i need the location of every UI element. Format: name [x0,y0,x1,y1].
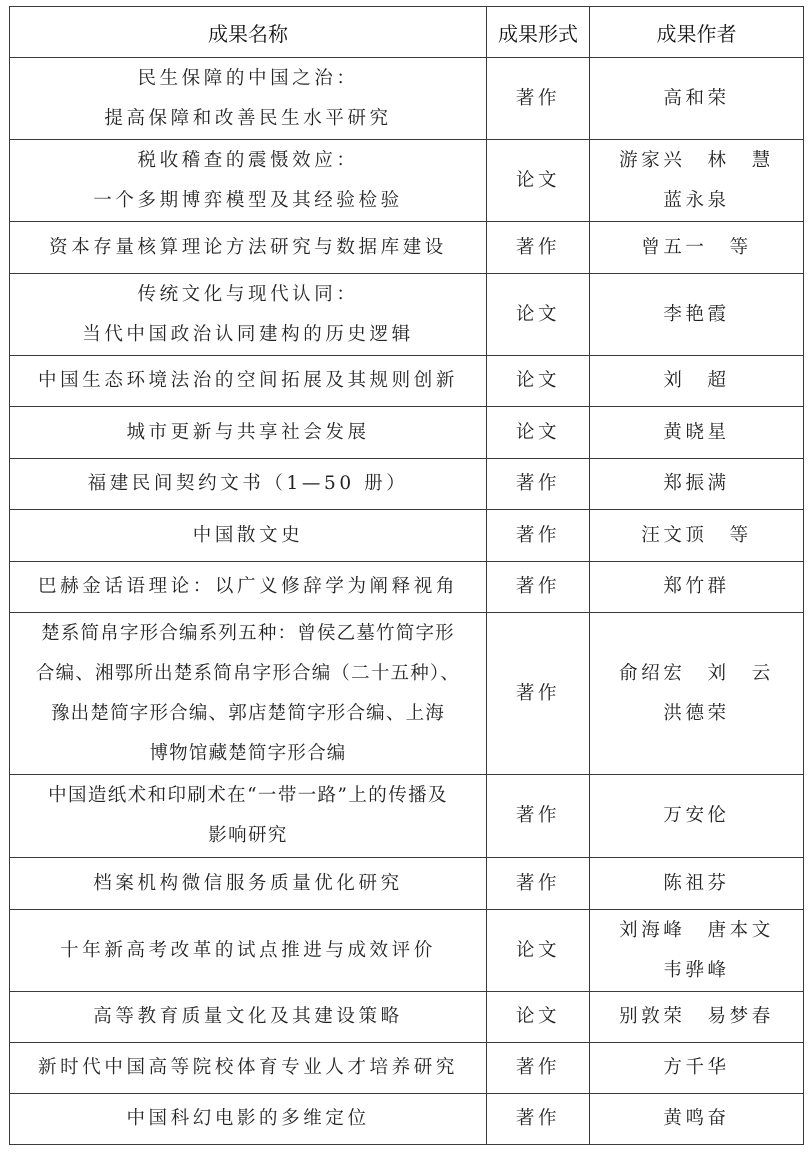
table-row: 中国生态环境法治的空间拓展及其规则创新论文刘 超 [10,356,804,407]
title-line: 民生保障的中国之治： [14,59,482,99]
author-line: 黄鸣奋 [594,1099,799,1139]
header-author: 成果作者 [590,7,804,58]
author-line: 别敦荣 易梦春 [594,997,799,1037]
table-header-row: 成果名称 成果形式 成果作者 [10,7,804,58]
form-value: 著作 [491,796,585,836]
form-value: 著作 [491,674,585,714]
cell-form: 论文 [487,910,590,992]
cell-title: 中国生态环境法治的空间拓展及其规则创新 [10,356,487,407]
author-line: 刘海峰 唐本文 [594,911,799,951]
author-line: 郑竹群 [594,567,799,607]
cell-author: 陈祖芬 [590,858,804,910]
title-line: 当代中国政治认同建构的历史逻辑 [14,315,482,355]
author-line: 游家兴 林 慧 [594,141,799,181]
cell-author: 曾五一 等 [590,222,804,274]
cell-author: 黄鸣奋 [590,1094,804,1145]
form-value: 著作 [491,79,585,119]
table-row: 高等教育质量文化及其建设策略论文别敦荣 易梦春 [10,992,804,1043]
author-line: 黄晓星 [594,413,799,453]
cell-author: 俞绍宏 刘 云洪德荣 [590,613,804,775]
cell-title: 城市更新与共享社会发展 [10,407,487,459]
cell-title: 新时代中国高等院校体育专业人才培养研究 [10,1043,487,1094]
author-line: 陈祖芬 [594,864,799,904]
cell-form: 论文 [487,274,590,356]
form-value: 论文 [491,361,585,401]
form-value: 著作 [491,516,585,556]
cell-author: 别敦荣 易梦春 [590,992,804,1043]
form-value: 论文 [491,997,585,1037]
cell-author: 刘 超 [590,356,804,407]
cell-title: 巴赫金话语理论：以广义修辞学为阐释视角 [10,562,487,613]
form-value: 著作 [491,567,585,607]
cell-title: 传统文化与现代认同：当代中国政治认同建构的历史逻辑 [10,274,487,356]
table-row: 中国科幻电影的多维定位著作黄鸣奋 [10,1094,804,1145]
cell-title: 福建民间契约文书（1—50 册） [10,459,487,510]
table-row: 资本存量核算理论方法研究与数据库建设著作曾五一 等 [10,222,804,274]
title-line: 中国生态环境法治的空间拓展及其规则创新 [14,361,482,401]
author-line: 方千华 [594,1048,799,1088]
table-row: 税收稽查的震慑效应：一个多期博弈模型及其经验检验论文游家兴 林 慧蓝永泉 [10,140,804,222]
cell-author: 刘海峰 唐本文韦骅峰 [590,910,804,992]
table-row: 档案机构微信服务质量优化研究著作陈祖芬 [10,858,804,910]
cell-form: 论文 [487,992,590,1043]
cell-author: 汪文顶 等 [590,510,804,562]
cell-form: 著作 [487,1094,590,1145]
table-row: 巴赫金话语理论：以广义修辞学为阐释视角著作郑竹群 [10,562,804,613]
form-value: 论文 [491,161,585,201]
cell-title: 中国造纸术和印刷术在“一带一路”上的传播及影响研究 [10,775,487,858]
title-line: 中国造纸术和印刷术在“一带一路”上的传播及 [12,776,484,816]
header-form: 成果形式 [487,7,590,58]
cell-author: 李艳霞 [590,274,804,356]
title-line: 税收稽查的震慑效应： [14,141,482,181]
table-row: 楚系简帛字形合编系列五种：曾侯乙墓竹简字形合编、湘鄂所出楚系简帛字形合编（二十五… [10,613,804,775]
header-title: 成果名称 [10,7,487,58]
cell-author: 黄晓星 [590,407,804,459]
table-row: 福建民间契约文书（1—50 册）著作郑振满 [10,459,804,510]
form-value: 著作 [491,864,585,904]
title-line: 楚系简帛字形合编系列五种：曾侯乙墓竹简字形 [12,614,484,654]
form-value: 著作 [491,464,585,504]
cell-title: 高等教育质量文化及其建设策略 [10,992,487,1043]
title-line: 传统文化与现代认同： [14,275,482,315]
cell-title: 中国散文史 [10,510,487,562]
cell-author: 万安伦 [590,775,804,858]
cell-form: 著作 [487,775,590,858]
cell-form: 著作 [487,613,590,775]
author-line: 高和荣 [594,79,799,119]
author-line: 韦骅峰 [594,951,799,991]
table-row: 十年新高考改革的试点推进与成效评价论文刘海峰 唐本文韦骅峰 [10,910,804,992]
form-value: 著作 [491,228,585,268]
author-line: 万安伦 [594,796,799,836]
cell-title: 档案机构微信服务质量优化研究 [10,858,487,910]
form-value: 著作 [491,1048,585,1088]
title-line: 城市更新与共享社会发展 [14,413,482,453]
title-line: 新时代中国高等院校体育专业人才培养研究 [14,1048,482,1088]
author-line: 刘 超 [594,361,799,401]
author-line: 曾五一 等 [594,228,799,268]
title-line: 博物馆藏楚简字形合编 [12,734,484,774]
table-row: 中国造纸术和印刷术在“一带一路”上的传播及影响研究著作万安伦 [10,775,804,858]
cell-form: 著作 [487,510,590,562]
title-line: 豫出楚简字形合编、郭店楚简字形合编、上海 [12,694,484,734]
table-row: 中国散文史著作汪文顶 等 [10,510,804,562]
cell-form: 论文 [487,356,590,407]
cell-author: 游家兴 林 慧蓝永泉 [590,140,804,222]
cell-author: 方千华 [590,1043,804,1094]
table-row: 新时代中国高等院校体育专业人才培养研究著作方千华 [10,1043,804,1094]
cell-form: 著作 [487,58,590,140]
title-line: 档案机构微信服务质量优化研究 [14,864,482,904]
table-row: 城市更新与共享社会发展论文黄晓星 [10,407,804,459]
cell-title: 楚系简帛字形合编系列五种：曾侯乙墓竹简字形合编、湘鄂所出楚系简帛字形合编（二十五… [10,613,487,775]
table-row: 传统文化与现代认同：当代中国政治认同建构的历史逻辑论文李艳霞 [10,274,804,356]
cell-title: 资本存量核算理论方法研究与数据库建设 [10,222,487,274]
cell-author: 郑竹群 [590,562,804,613]
cell-form: 论文 [487,140,590,222]
title-line: 一个多期博弈模型及其经验检验 [14,181,482,221]
author-line: 汪文顶 等 [594,516,799,556]
title-line: 巴赫金话语理论：以广义修辞学为阐释视角 [14,567,482,607]
cell-form: 著作 [487,1043,590,1094]
title-line: 中国散文史 [14,516,482,556]
title-line: 中国科幻电影的多维定位 [14,1099,482,1139]
title-line: 十年新高考改革的试点推进与成效评价 [14,931,482,971]
cell-title: 中国科幻电影的多维定位 [10,1094,487,1145]
author-line: 郑振满 [594,464,799,504]
cell-form: 著作 [487,858,590,910]
cell-form: 著作 [487,459,590,510]
title-line: 合编、湘鄂所出楚系简帛字形合编（二十五种）、 [12,654,484,694]
cell-form: 论文 [487,407,590,459]
form-value: 论文 [491,295,585,335]
title-line: 资本存量核算理论方法研究与数据库建设 [14,228,482,268]
author-line: 洪德荣 [594,694,799,734]
title-line: 提高保障和改善民生水平研究 [14,99,482,139]
achievements-table: 成果名称 成果形式 成果作者 民生保障的中国之治：提高保障和改善民生水平研究著作… [9,6,804,1145]
table-row: 民生保障的中国之治：提高保障和改善民生水平研究著作高和荣 [10,58,804,140]
author-line: 李艳霞 [594,295,799,335]
cell-title: 税收稽查的震慑效应：一个多期博弈模型及其经验检验 [10,140,487,222]
title-line: 高等教育质量文化及其建设策略 [14,997,482,1037]
author-line: 蓝永泉 [594,181,799,221]
form-value: 著作 [491,1099,585,1139]
cell-author: 高和荣 [590,58,804,140]
cell-title: 民生保障的中国之治：提高保障和改善民生水平研究 [10,58,487,140]
form-value: 论文 [491,413,585,453]
author-line: 俞绍宏 刘 云 [594,654,799,694]
table-body: 民生保障的中国之治：提高保障和改善民生水平研究著作高和荣税收稽查的震慑效应：一个… [10,58,804,1145]
cell-form: 著作 [487,562,590,613]
cell-author: 郑振满 [590,459,804,510]
cell-form: 著作 [487,222,590,274]
title-line: 福建民间契约文书（1—50 册） [14,464,482,504]
form-value: 论文 [491,931,585,971]
cell-title: 十年新高考改革的试点推进与成效评价 [10,910,487,992]
title-line: 影响研究 [12,816,484,856]
